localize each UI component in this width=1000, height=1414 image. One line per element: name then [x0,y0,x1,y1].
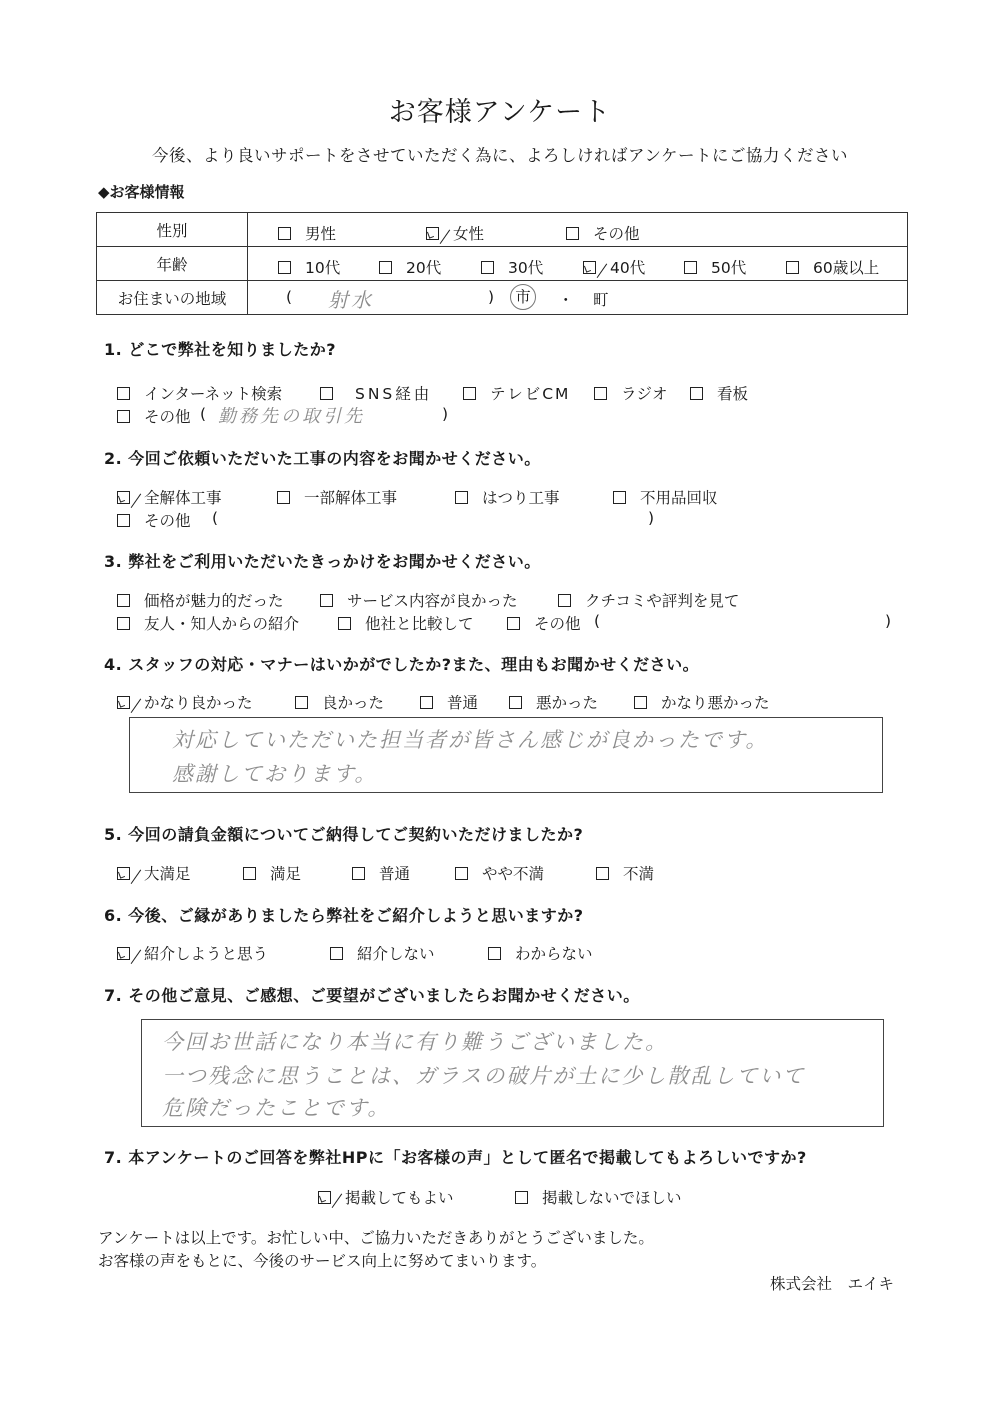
page-title: お客様アンケート [0,90,1000,129]
q6-option-would-refer[interactable]: 紹介しようと思う [117,942,268,964]
q1-option-sns[interactable]: SNS経由 [320,382,432,404]
region-label: お住まいの地域 [97,281,248,315]
q6-option-would-not-refer[interactable]: 紹介しない [330,942,435,964]
age-option-40s[interactable]: 40代 [583,256,645,278]
question-5: 5. 今回の請負金額についてご納得してご契約いただけましたか? [104,822,583,845]
checked-checkbox-icon[interactable] [318,1191,331,1204]
q4-option-good[interactable]: 良かった [295,691,384,713]
checkbox-icon[interactable] [558,594,571,607]
question-6: 6. 今後、ご縁がありましたら弊社をご紹介しようと思いますか? [104,903,584,926]
q4-option-average[interactable]: 普通 [420,691,478,713]
q1-option-signboard[interactable]: 看板 [690,382,748,404]
q2-option-full-demolition[interactable]: 全解体工事 [117,486,222,508]
question-4: 4. スタッフの対応・マナーはいかがでしたか?また、理由もお聞かせください。 [104,652,699,675]
age-option-60plus[interactable]: 60歳以上 [786,256,879,278]
publish-option-no[interactable]: 掲載しないでほしい [515,1186,682,1208]
region-open-paren: ( [286,288,292,306]
q1-other-close-paren: ) [442,405,448,423]
q3-other-close-paren: ) [885,612,891,630]
q3-other-open-paren: ( [594,612,600,630]
q4-comment-line: 対応していただいた担当者が皆さん感じが良かったです。 [172,724,768,754]
gender-option-female[interactable]: 女性 [426,222,484,244]
q2-option-other[interactable]: その他 [117,509,191,531]
region-city-input[interactable]: 射水 [328,284,374,313]
q4-option-very-bad[interactable]: かなり悪かった [634,691,770,713]
checkbox-icon[interactable] [634,696,647,709]
q7-comment-line: 今回お世話になり本当に有り難うございました。 [162,1026,668,1056]
checkbox-icon[interactable] [278,261,291,274]
company-name: 株式会社 エイキ [770,1272,894,1294]
question-7: 7. その他ご意見、ご感想、ご要望がございましたらお聞かせください。 [104,983,640,1006]
q6-option-not-sure[interactable]: わからない [488,942,593,964]
checkbox-icon[interactable] [786,261,799,274]
q5-option-somewhat-dissatisfied[interactable]: やや不満 [455,862,544,884]
checkbox-icon[interactable] [243,867,256,880]
age-option-30s[interactable]: 30代 [481,256,543,278]
q7-comment-line: 一つ残念に思うことは、ガラスの破片が土に少し散乱していて [162,1060,805,1090]
checkbox-icon[interactable] [117,410,130,423]
checkbox-icon[interactable] [613,491,626,504]
q7-comment-box[interactable]: 今回お世話になり本当に有り難うございました。 一つ残念に思うことは、ガラスの破片… [141,1019,884,1127]
region-close-paren: ) [488,288,494,306]
gender-label: 性別 [97,213,248,247]
checked-checkbox-icon[interactable] [117,491,130,504]
q3-option-price[interactable]: 価格が魅力的だった [117,589,284,611]
checkbox-icon[interactable] [117,594,130,607]
age-option-50s[interactable]: 50代 [684,256,746,278]
question-publish-consent: 7. 本アンケートのご回答を弊社HPに「お客様の声」として匿名で掲載してもよろし… [104,1145,807,1168]
checked-checkbox-icon[interactable] [117,696,130,709]
town-option[interactable]: 町 [593,288,609,310]
checkbox-icon[interactable] [488,947,501,960]
checked-checkbox-icon[interactable] [117,867,130,880]
age-option-20s[interactable]: 20代 [379,256,441,278]
age-row: 年齢 10代 20代 30代 40代 50代 60歳以上 [97,247,908,281]
checkbox-icon[interactable] [463,387,476,400]
checkbox-icon[interactable] [330,947,343,960]
q1-option-tvcm[interactable]: テレビCM [463,382,570,404]
gender-option-male[interactable]: 男性 [278,222,336,244]
q2-option-junk-removal[interactable]: 不用品回収 [613,486,718,508]
q5-option-dissatisfied[interactable]: 不満 [596,862,654,884]
checked-checkbox-icon[interactable] [117,947,130,960]
q2-option-partial-demolition[interactable]: 一部解体工事 [277,486,397,508]
checkbox-icon[interactable] [117,617,130,630]
q7-comment-line: 危険だったことです。 [162,1092,390,1122]
q1-option-internet[interactable]: インターネット検索 [117,382,282,404]
q5-option-very-satisfied[interactable]: 大満足 [117,862,191,884]
q4-comment-box[interactable]: 対応していただいた担当者が皆さん感じが良かったです。 感謝しております。 [129,717,883,793]
q1-option-radio[interactable]: ラジオ [594,382,668,404]
region-row: お住まいの地域 ( 射水 ) 市 ・ 町 [97,281,908,315]
checkbox-icon[interactable] [594,387,607,400]
gender-option-other[interactable]: その他 [566,222,640,244]
checkbox-icon[interactable] [455,867,468,880]
q2-other-open-paren: ( [212,509,218,527]
checkbox-icon[interactable] [277,491,290,504]
checkbox-icon[interactable] [295,696,308,709]
q4-comment-line: 感謝しております。 [172,758,377,788]
checkbox-icon[interactable] [566,227,579,240]
question-3: 3. 弊社をご利用いただいたきっかけをお聞かせください。 [104,549,541,572]
city-option-circled[interactable]: 市 [510,284,536,310]
footer-commitment: お客様の声をもとに、今後のサービス向上に努めてまいります。 [98,1249,546,1271]
checkbox-icon[interactable] [596,867,609,880]
q2-option-chipping[interactable]: はつり工事 [455,486,560,508]
q3-option-service[interactable]: サービス内容が良かった [320,589,518,611]
region-separator: ・ [558,288,574,310]
q3-option-comparison[interactable]: 他社と比較して [338,612,474,634]
age-label: 年齢 [97,247,248,281]
customer-info-table: 性別 男性 女性 その他 年齢 10代 20代 30代 [96,212,908,315]
q1-other-open-paren: ( [200,405,206,423]
subtitle: 今後、より良いサポートをさせていただく為に、よろしければアンケートにご協力くださ… [0,142,1000,166]
checkbox-icon[interactable] [507,617,520,630]
checkbox-icon[interactable] [420,696,433,709]
q2-other-close-paren: ) [648,509,654,527]
q1-other-input[interactable]: 勤務先の取引先 [218,402,365,428]
checkbox-icon[interactable] [278,227,291,240]
question-2: 2. 今回ご依頼いただいた工事の内容をお聞かせください。 [104,446,541,469]
checkbox-icon[interactable] [320,387,333,400]
q3-option-reviews[interactable]: クチコミや評判を見て [558,589,739,611]
footer-thanks: アンケートは以上です。お忙しい中、ご協力いただきありがとうございました。 [98,1226,654,1248]
q5-option-average[interactable]: 普通 [352,862,410,884]
checked-checkbox-icon[interactable] [426,227,439,240]
q4-option-very-good[interactable]: かなり良かった [117,691,253,713]
checkbox-icon[interactable] [338,617,351,630]
age-option-10s[interactable]: 10代 [278,256,340,278]
checkbox-icon[interactable] [690,387,703,400]
q3-option-other[interactable]: その他 [507,612,581,634]
q3-option-referral[interactable]: 友人・知人からの紹介 [117,612,299,634]
checkbox-icon[interactable] [117,514,130,527]
checkbox-icon[interactable] [455,491,468,504]
checkbox-icon[interactable] [117,387,130,400]
q1-option-other[interactable]: その他 [117,405,191,427]
q4-option-bad[interactable]: 悪かった [509,691,598,713]
checkbox-icon[interactable] [379,261,392,274]
checked-checkbox-icon[interactable] [583,261,596,274]
question-1: 1. どこで弊社を知りましたか? [104,337,336,360]
checkbox-icon[interactable] [509,696,522,709]
q5-option-satisfied[interactable]: 満足 [243,862,301,884]
checkbox-icon[interactable] [515,1191,528,1204]
checkbox-icon[interactable] [481,261,494,274]
checkbox-icon[interactable] [320,594,333,607]
checkbox-icon[interactable] [352,867,365,880]
gender-row: 性別 男性 女性 その他 [97,213,908,247]
checkbox-icon[interactable] [684,261,697,274]
publish-option-ok[interactable]: 掲載してもよい [318,1186,454,1208]
section-heading-customer-info: ◆お客様情報 [98,181,185,202]
